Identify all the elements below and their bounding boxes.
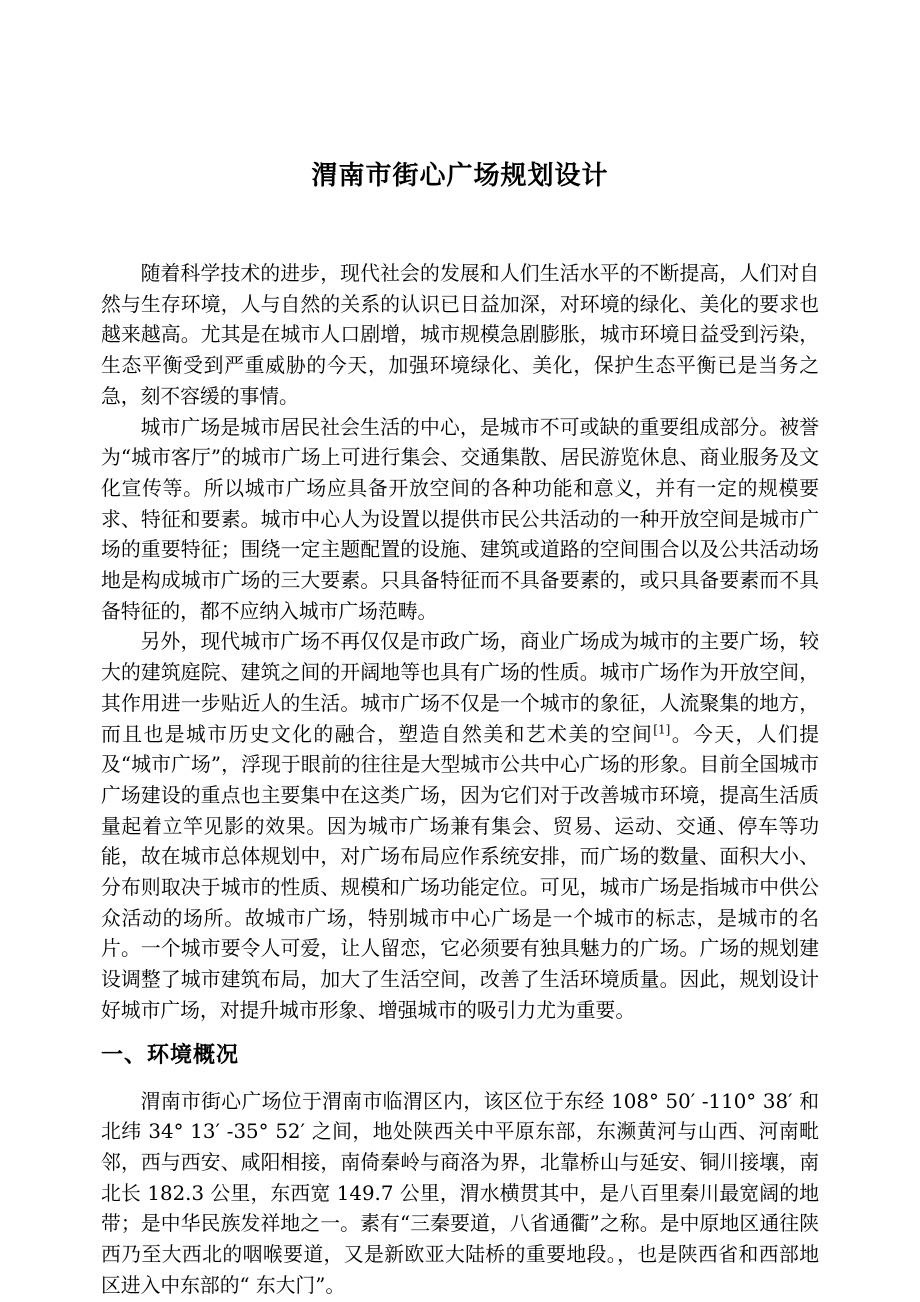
section-1-paragraph-1: 渭南市街心广场位于渭南市临渭区内，该区位于东经 108° 50′ -110° 3… bbox=[101, 1087, 819, 1302]
footnote-ref: [1] bbox=[653, 722, 670, 736]
intro-paragraph-3-text-after-ref: 。今天，人们提及“城市广场”，浮现于眼前的往往是大型城市公共中心广场的形象。目前… bbox=[101, 723, 819, 1022]
section-heading-environment-overview: 一、环境概况 bbox=[101, 1041, 819, 1071]
document-body: 随着科学技术的进步，现代社会的发展和人们生活水平的不断提高，人们对自然与生存环境… bbox=[101, 259, 819, 1302]
intro-paragraph-3: 另外，现代城市广场不再仅仅是市政广场，商业广场成为城市的主要广场，较大的建筑庭院… bbox=[101, 627, 819, 1026]
intro-paragraph-2: 城市广场是城市居民社会生活的中心，是城市不可或缺的重要组成部分。被誉为“城市客厅… bbox=[101, 413, 819, 628]
intro-paragraph-1: 随着科学技术的进步，现代社会的发展和人们生活水平的不断提高，人们对自然与生存环境… bbox=[101, 259, 819, 413]
document-page: 渭南市街心广场规划设计 随着科学技术的进步，现代社会的发展和人们生活水平的不断提… bbox=[0, 0, 920, 1302]
document-title: 渭南市街心广场规划设计 bbox=[0, 160, 920, 192]
